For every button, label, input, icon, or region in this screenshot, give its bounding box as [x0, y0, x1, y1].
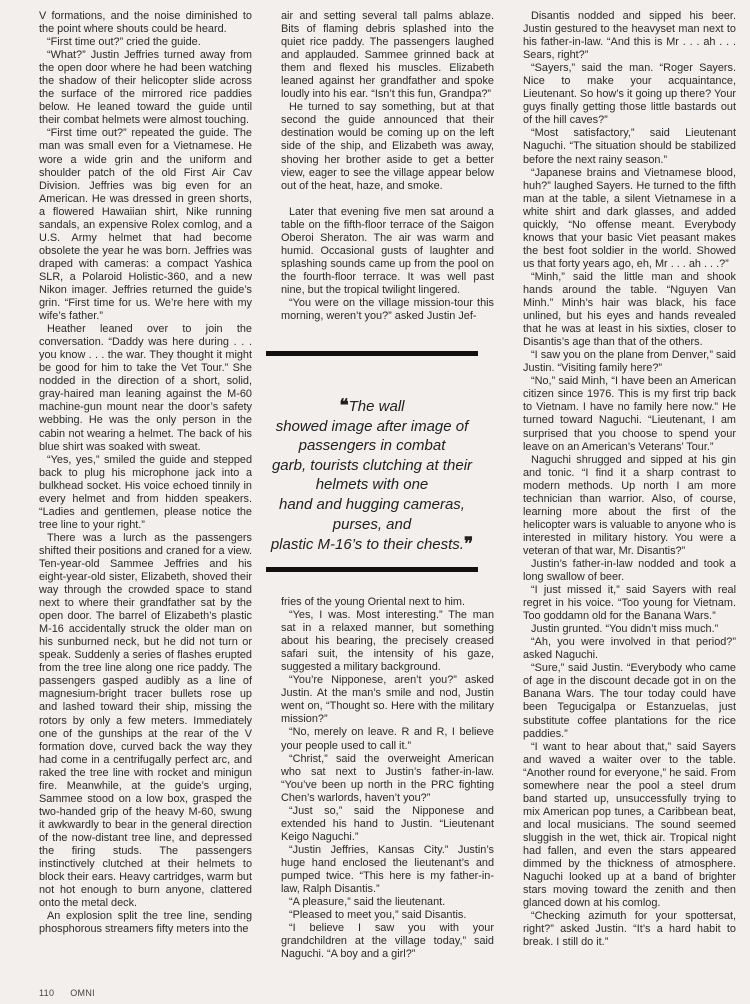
paragraph: “I want to hear about that,” said Sayers… [523, 741, 736, 911]
paragraph: “Christ,” said the overweight American w… [281, 753, 494, 805]
paragraph: “Sure,” said Justin. “Everybody who came… [523, 662, 736, 740]
pull-quote-top-rule [266, 351, 478, 356]
paragraph: “Pleased to meet you,” said Disantis. [281, 909, 494, 922]
paragraph: Justin’s father-in-law nodded and took a… [523, 558, 736, 584]
text-column-2-bottom: fries of the young Oriental next to him.… [281, 596, 494, 961]
paragraph: There was a lurch as the passengers shif… [39, 532, 252, 910]
paragraph: “No,” said Minh, “I have been an America… [523, 375, 736, 453]
paragraph: “I believe I saw you with your grandchil… [281, 922, 494, 961]
paragraph: “What?” Justin Jeffries turned away from… [39, 49, 252, 127]
paragraph: air and setting several tall palms ablaz… [281, 10, 494, 101]
pull-quote-line: hand and hugging cameras, [266, 495, 478, 515]
paragraph: “Justin Jeffries, Kansas City.” Justin’s… [281, 844, 494, 896]
paragraph: Disantis nodded and sipped his beer. Jus… [523, 10, 736, 62]
paragraph: Justin grunted. “You didn’t miss much.” [523, 623, 736, 636]
paragraph: Heather leaned over to join the conversa… [39, 323, 252, 453]
pull-quote-line: helmets with one [266, 475, 478, 495]
paragraph: “I saw you on the plane from Denver,” sa… [523, 349, 736, 375]
paragraph: “Just so,” said the Nipponese and extend… [281, 805, 494, 844]
magazine-page: V formations, and the noise diminished t… [0, 0, 750, 1004]
pull-quote-line: passengers in combat [266, 436, 478, 456]
magazine-name: OMNI [70, 988, 95, 998]
paragraph: “You’re Nipponese, aren’t you?” asked Ju… [281, 674, 494, 726]
paragraph: “Most satisfactory,” said Lieutenant Nag… [523, 127, 736, 166]
text-column-1: V formations, and the noise diminished t… [39, 10, 252, 936]
pull-quote-line: garb, tourists clutching at their [266, 456, 478, 476]
paragraph: “Yes, yes,” smiled the guide and stepped… [39, 454, 252, 532]
paragraph: fries of the young Oriental next to him. [281, 596, 494, 609]
paragraph: He turned to say something, but at that … [281, 101, 494, 192]
paragraph: Naguchi shrugged and sipped at his gin a… [523, 454, 736, 558]
pull-quote: ❝The wall showed image after image of pa… [266, 396, 478, 555]
pull-quote-line: The wall [349, 398, 405, 415]
paragraph: “Minh,” said the little man and shook ha… [523, 271, 736, 349]
paragraph: “Yes, I was. Most interesting.” The man … [281, 609, 494, 674]
paragraph: “Sayers,” said the man. “Roger Sayers. N… [523, 62, 736, 127]
pull-quote-bottom-rule [266, 567, 478, 572]
paragraph: An explosion split the tree line, sendin… [39, 910, 252, 936]
page-number: 110 [39, 988, 54, 998]
open-quote-icon: ❝ [339, 396, 348, 415]
paragraph: V formations, and the noise diminished t… [39, 10, 252, 36]
text-column-2-top: air and setting several tall palms ablaz… [281, 10, 494, 323]
pull-quote-line: purses, and [266, 515, 478, 535]
paragraph: “First time out?” cried the guide. [39, 36, 252, 49]
paragraph: “A pleasure,” said the lieutenant. [281, 896, 494, 909]
page-footer: 110OMNI [39, 988, 95, 998]
text-column-3: Disantis nodded and sipped his beer. Jus… [523, 10, 736, 949]
section-break-paragraph: Later that evening five men sat around a… [281, 206, 494, 297]
pull-quote-line: plastic M-16’s to their chests. [271, 536, 464, 553]
paragraph: “I just missed it,” said Sayers with rea… [523, 584, 736, 623]
paragraph: “Japanese brains and Vietnamese blood, h… [523, 167, 736, 271]
paragraph: “Ah, you were involved in that period?” … [523, 636, 736, 662]
paragraph: “Checking azimuth for your spottersat, r… [523, 910, 736, 949]
paragraph: “First time out?” repeated the guide. Th… [39, 127, 252, 323]
pull-quote-line: showed image after image of [266, 417, 478, 437]
paragraph: “You were on the village mission-tour th… [281, 297, 494, 323]
paragraph: “No, merely on leave. R and R, I believe… [281, 726, 494, 752]
close-quote-icon: ❞ [464, 534, 473, 553]
